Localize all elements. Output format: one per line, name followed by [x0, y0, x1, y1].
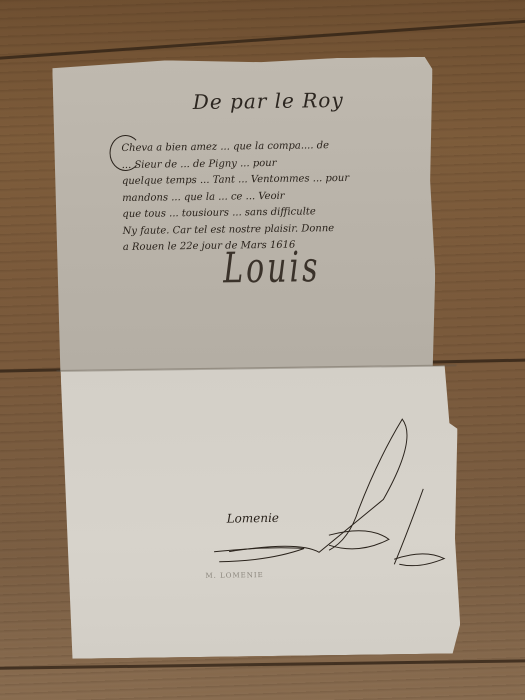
pencil-annotation: M. LOMENIE — [205, 571, 263, 580]
flourish-strokes-icon — [207, 399, 449, 572]
letter-heading: De par le Roy — [193, 88, 344, 114]
king-signature: Louis — [223, 243, 321, 293]
historical-letter: De par le Roy Cheva a bien amez ... que … — [52, 39, 443, 656]
letter-body: Cheva a bien amez ... que la compa.... d… — [121, 137, 423, 257]
secretary-signature: Lomenie — [227, 511, 280, 526]
